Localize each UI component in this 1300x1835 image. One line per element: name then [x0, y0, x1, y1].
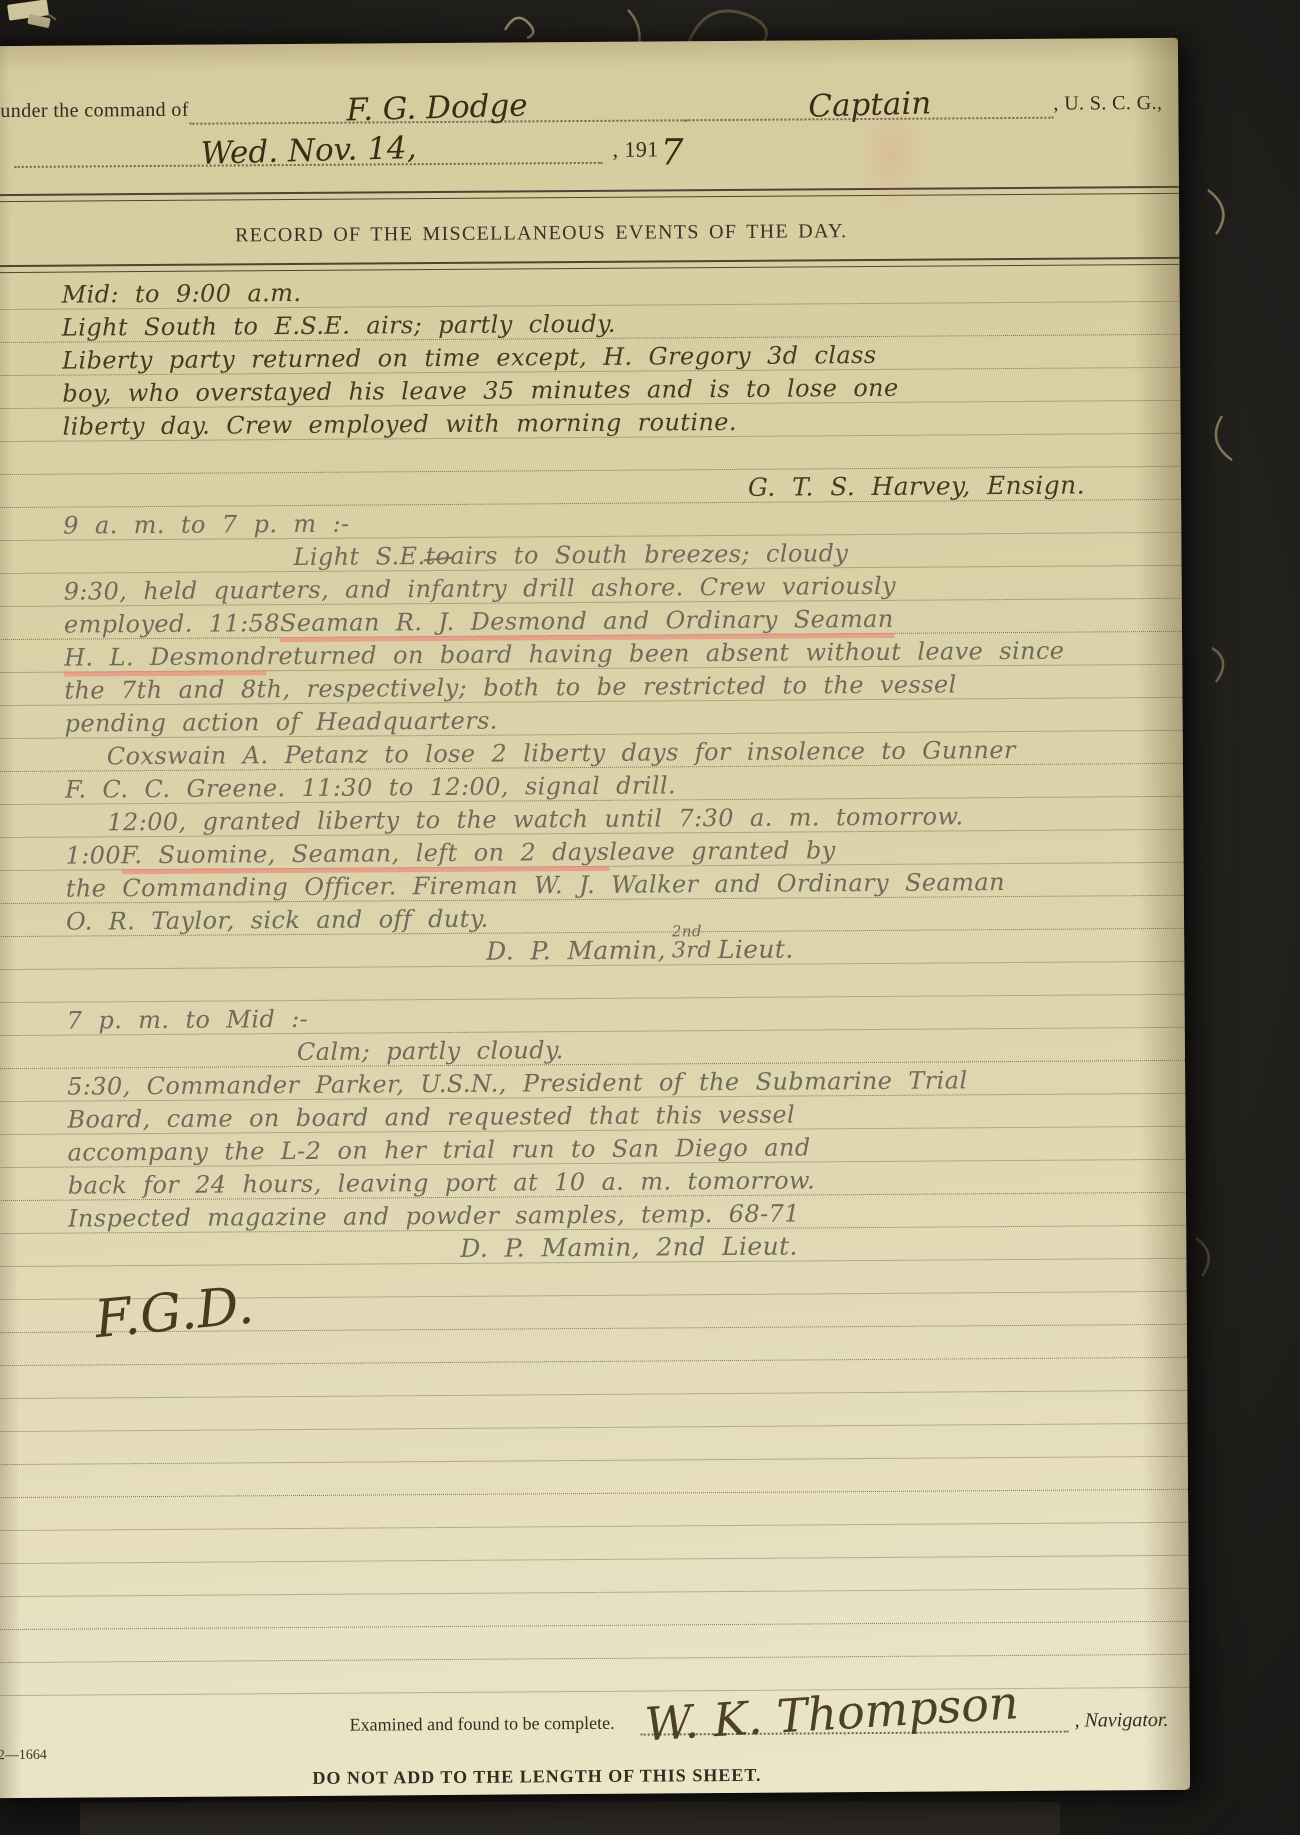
lieutenant-signature: D. P. Mamin, 2nd Lieut. [460, 1234, 798, 1263]
length-warning: DO NOT ADD TO THE LENGTH OF THIS SHEET. [0, 1763, 1082, 1792]
form-number: 2—1664 [0, 1748, 47, 1764]
commander-name-blank: F. G. Dodge [189, 91, 686, 124]
rank-correction: 2nd3rd [672, 924, 712, 964]
struck-word: to [425, 544, 450, 570]
page-footer: 2—1664 Examined and found to be complete… [0, 1696, 1190, 1791]
watch3-heading-text: 7 p. m. to Mid :- [67, 1007, 309, 1035]
logbook-photograph: under the command of F. G. Dodge Captain… [0, 0, 1300, 1835]
log-entries: Mid: to 9:00 a.m. Light South to E.S.E. … [0, 269, 1189, 1696]
year-printed: , 191 [603, 136, 659, 163]
watch1-line-text: liberty day. Crew employed with morning … [62, 410, 737, 441]
watch1-heading-text: Mid: to 9:00 a.m. [62, 281, 302, 309]
watch2-line-text: leave granted by [609, 838, 836, 866]
watch3-line-text: back for 24 hours, leaving port at 10 a.… [68, 1168, 815, 1199]
red-underlined-text: F. Suomine, Seaman, left on 2 days [121, 840, 609, 869]
examined-label: Examined and found to be complete. [350, 1713, 615, 1738]
examined-line: Examined and found to be complete. W. K.… [0, 1696, 1190, 1740]
page-shading [0, 38, 1178, 72]
watch2-line-text: returned on board having been absent wit… [266, 639, 1064, 671]
watch2-line-text: 1:00 [65, 843, 121, 869]
torn-paper-scrap [27, 14, 51, 28]
command-line: under the command of F. G. Dodge Captain… [0, 88, 1162, 126]
next-page-edge [80, 1802, 1060, 1835]
date-line: Wed. Nov. 14, , 191 7 [15, 130, 1179, 168]
corrected-rank: 2nd [672, 924, 702, 939]
watch2-line-text: employed. 11:58 [64, 611, 280, 639]
watch2-line-text: O. R. Taylor, sick and off duty. [66, 907, 489, 936]
section-title: RECORD OF THE MISCELLANEOUS EVENTS OF TH… [0, 218, 1101, 249]
watch2-line-text: pending action of Headquarters. [65, 709, 498, 738]
logbook-page: under the command of F. G. Dodge Captain… [0, 38, 1190, 1798]
commander-name-handwritten: F. G. Dodge [346, 90, 528, 126]
navigator-label: , Navigator. [1074, 1709, 1168, 1733]
watch3-line-text: Board, came on board and requested that … [67, 1103, 795, 1134]
navigator-signature-blank: W. K. Thompson [640, 1697, 1068, 1736]
year-digit-handwritten: 7 [661, 135, 684, 171]
command-label: under the command of [0, 99, 189, 126]
rank-word: Lieut. [718, 937, 794, 965]
date-blank: Wed. Nov. 14, [15, 134, 603, 168]
original-rank: 3rd [672, 940, 712, 964]
weather-text: Calm; partly cloudy. [297, 1038, 564, 1066]
watch3-line-text: Inspected magazine and powder samples, t… [68, 1202, 800, 1233]
watch2-line-text: F. C. C. Greene. 11:30 to 12:00, signal … [65, 773, 676, 803]
red-underlined-text: H. L. Desmond [64, 644, 267, 671]
lieutenant-signature: D. P. Mamin, [486, 937, 666, 965]
rank-handwritten: Captain [808, 88, 932, 122]
watch2-heading-text: 9 a. m. to 7 p. m :- [63, 512, 349, 540]
weather-text: airs to South breezes; cloudy [450, 541, 848, 570]
horizontal-rule [0, 186, 1179, 202]
ensign-signature: G. T. S. Harvey, Ensign. [748, 472, 1085, 501]
weather-text: Light S.E. [293, 544, 425, 571]
watch3-line-text: accompany the L-2 on her trial run to Sa… [68, 1135, 811, 1166]
watch1-weather-text: Light South to E.S.E. airs; partly cloud… [62, 312, 616, 342]
rank-blank: Captain [685, 89, 1053, 122]
date-handwritten: Wed. Nov. 14, [200, 133, 417, 170]
red-underlined-text: Seaman R. J. Desmond and Ordinary Seaman [280, 607, 894, 637]
